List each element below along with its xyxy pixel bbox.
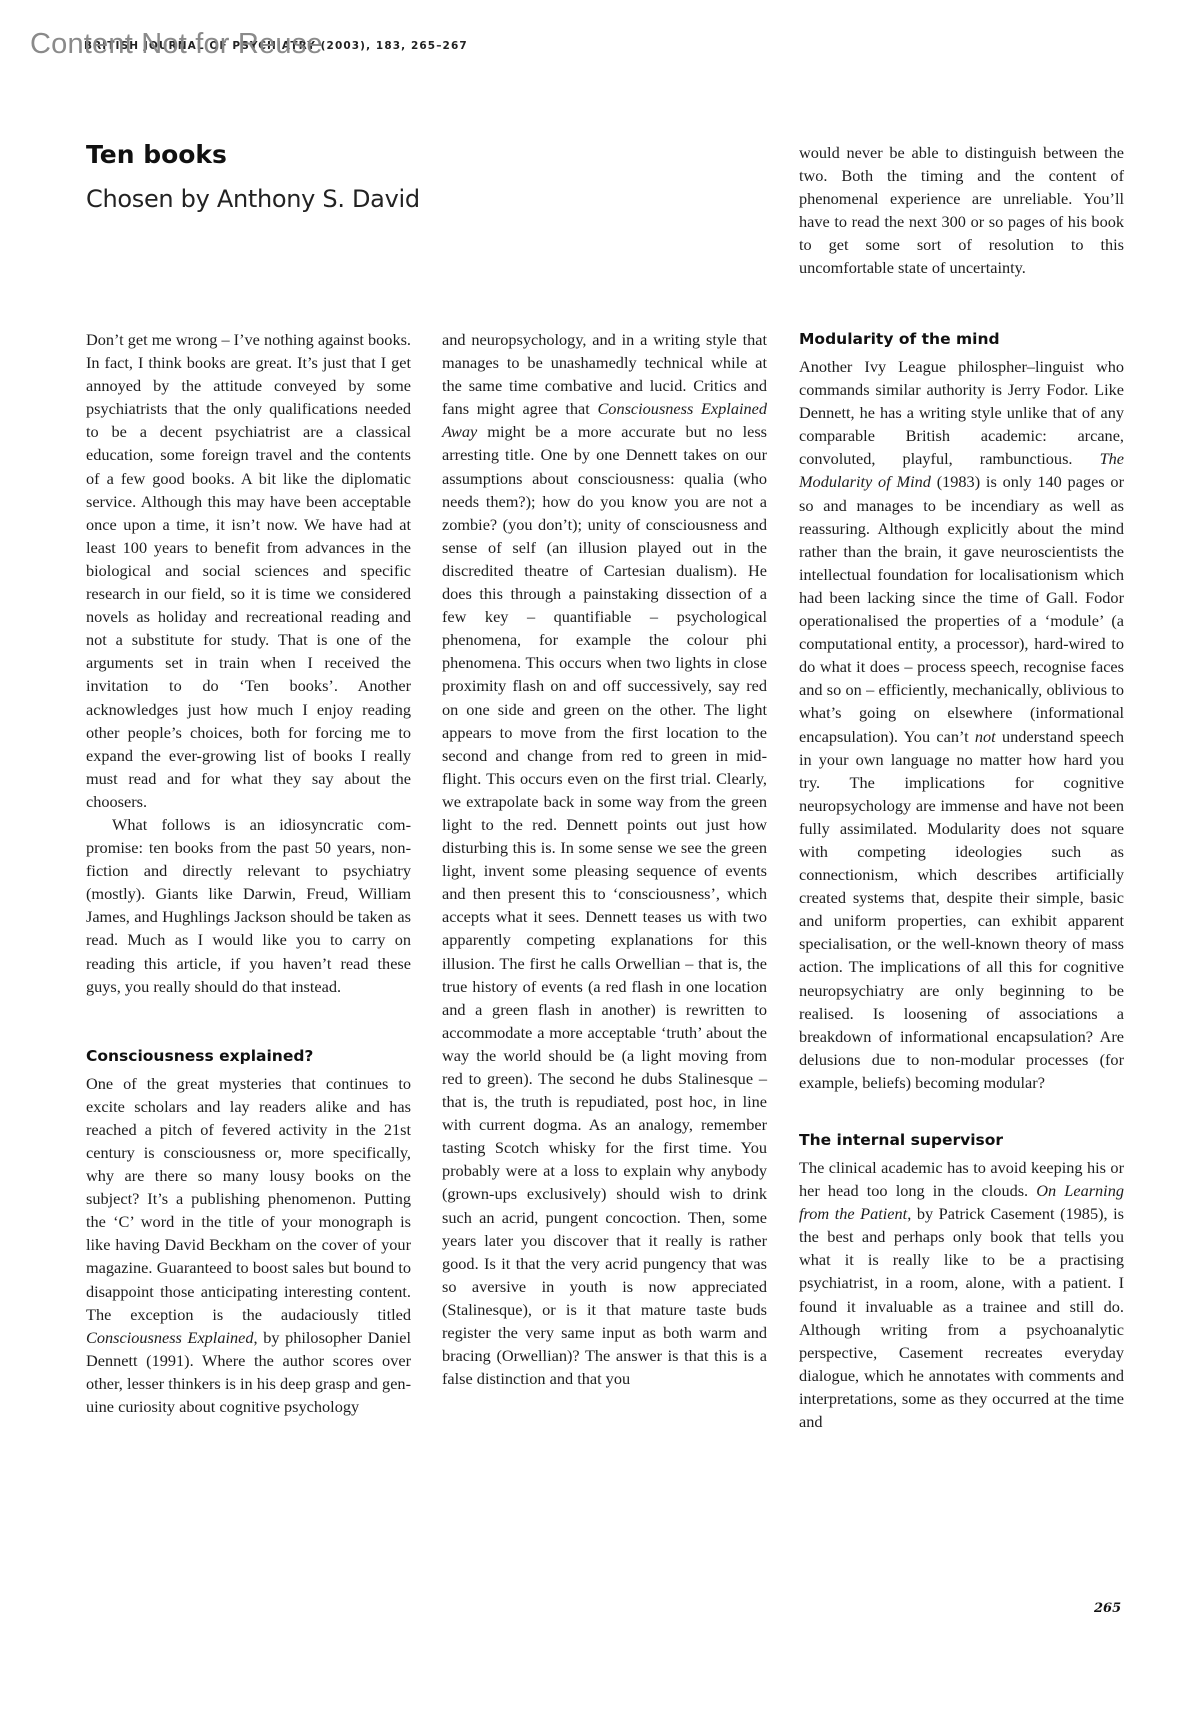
section-heading-consciousness: Consciousness explained?: [86, 1046, 411, 1066]
column-1: Don’t get me wrong – I’ve nothing agains…: [86, 328, 411, 1418]
text-span: , by Patrick Casement (1985), is the bes…: [799, 1204, 1124, 1431]
paragraph: would never be able to distinguish betwe…: [799, 141, 1124, 280]
text-span: Another Ivy League philospher–linguist w…: [799, 357, 1124, 468]
text-span: One of the great mysteries that continue…: [86, 1074, 411, 1324]
column-3-top: would never be able to distinguish betwe…: [799, 141, 1124, 280]
book-title: Consciousness Explained: [86, 1328, 254, 1347]
section-heading-internal-supervisor: The internal supervisor: [799, 1130, 1124, 1150]
section-paragraph: Another Ivy League philospher–linguist w…: [799, 355, 1124, 1094]
column-3: Modularity of the mind Another Ivy Leagu…: [799, 329, 1124, 1433]
column-2: and neuropsychology, and in a writing st…: [442, 328, 767, 1390]
text-span: might be a more accurate but no less arr…: [442, 422, 767, 1388]
page-number: 265: [1094, 1601, 1121, 1616]
text-span: under­stand speech in your own language …: [799, 727, 1124, 1092]
watermark: Content Not for Reuse: [30, 28, 323, 61]
section-paragraph-continued: and neuropsychology, and in a writing st…: [442, 328, 767, 1390]
article-subtitle: Chosen by Anthony S. David: [86, 185, 420, 213]
emphasis: not: [975, 727, 996, 746]
section-heading-modularity: Modularity of the mind: [799, 329, 1124, 349]
section-paragraph: One of the great mysteries that continue…: [86, 1072, 411, 1418]
section-paragraph: The clinical academic has to avoid keepi…: [799, 1156, 1124, 1433]
article-title: Ten books: [86, 140, 227, 169]
intro-paragraph-2: What follows is an idiosyncratic com­pro…: [86, 813, 411, 998]
intro-paragraph-1: Don’t get me wrong – I’ve nothing agains…: [86, 328, 411, 813]
text-span: (1983) is only 140 pages or so and manag…: [799, 472, 1124, 745]
